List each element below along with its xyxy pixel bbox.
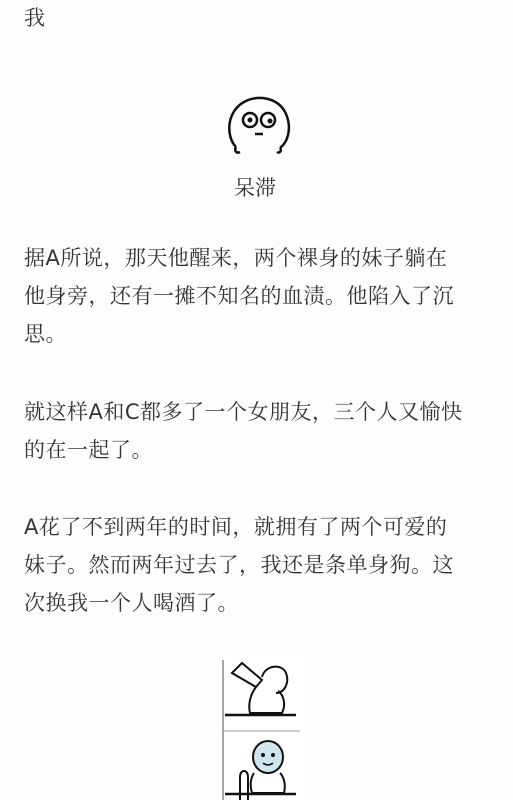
paragraph-2-line-2: 的在一起了。 (24, 436, 153, 464)
intro-text: 我 (24, 4, 46, 32)
paragraph-3-line-2: 妹子。然而两年过去了，我还是条单身狗。这 (24, 551, 454, 579)
paragraph-1-line-2: 他身旁，还有一摊不知名的血渍。他陷入了沉 (24, 282, 454, 310)
meme-caption: 呆滞 (234, 172, 276, 202)
paragraph-1-line-3: 思。 (24, 320, 67, 348)
paragraph-3-line-1: A花了不到两年的时间，就拥有了两个可爱的 (24, 513, 447, 541)
drinking-alone-crying-icon (220, 655, 302, 800)
paragraph-3-line-3: 次换我一个人喝酒了。 (24, 589, 239, 617)
paragraph-2-line-1: 就这样A和C都多了一个女朋友，三个人又愉快 (24, 398, 463, 426)
paragraph-1-line-1: 据A所说，那天他醒来，两个裸身的妹子躺在 (24, 244, 447, 272)
dazed-face-icon (224, 92, 294, 172)
